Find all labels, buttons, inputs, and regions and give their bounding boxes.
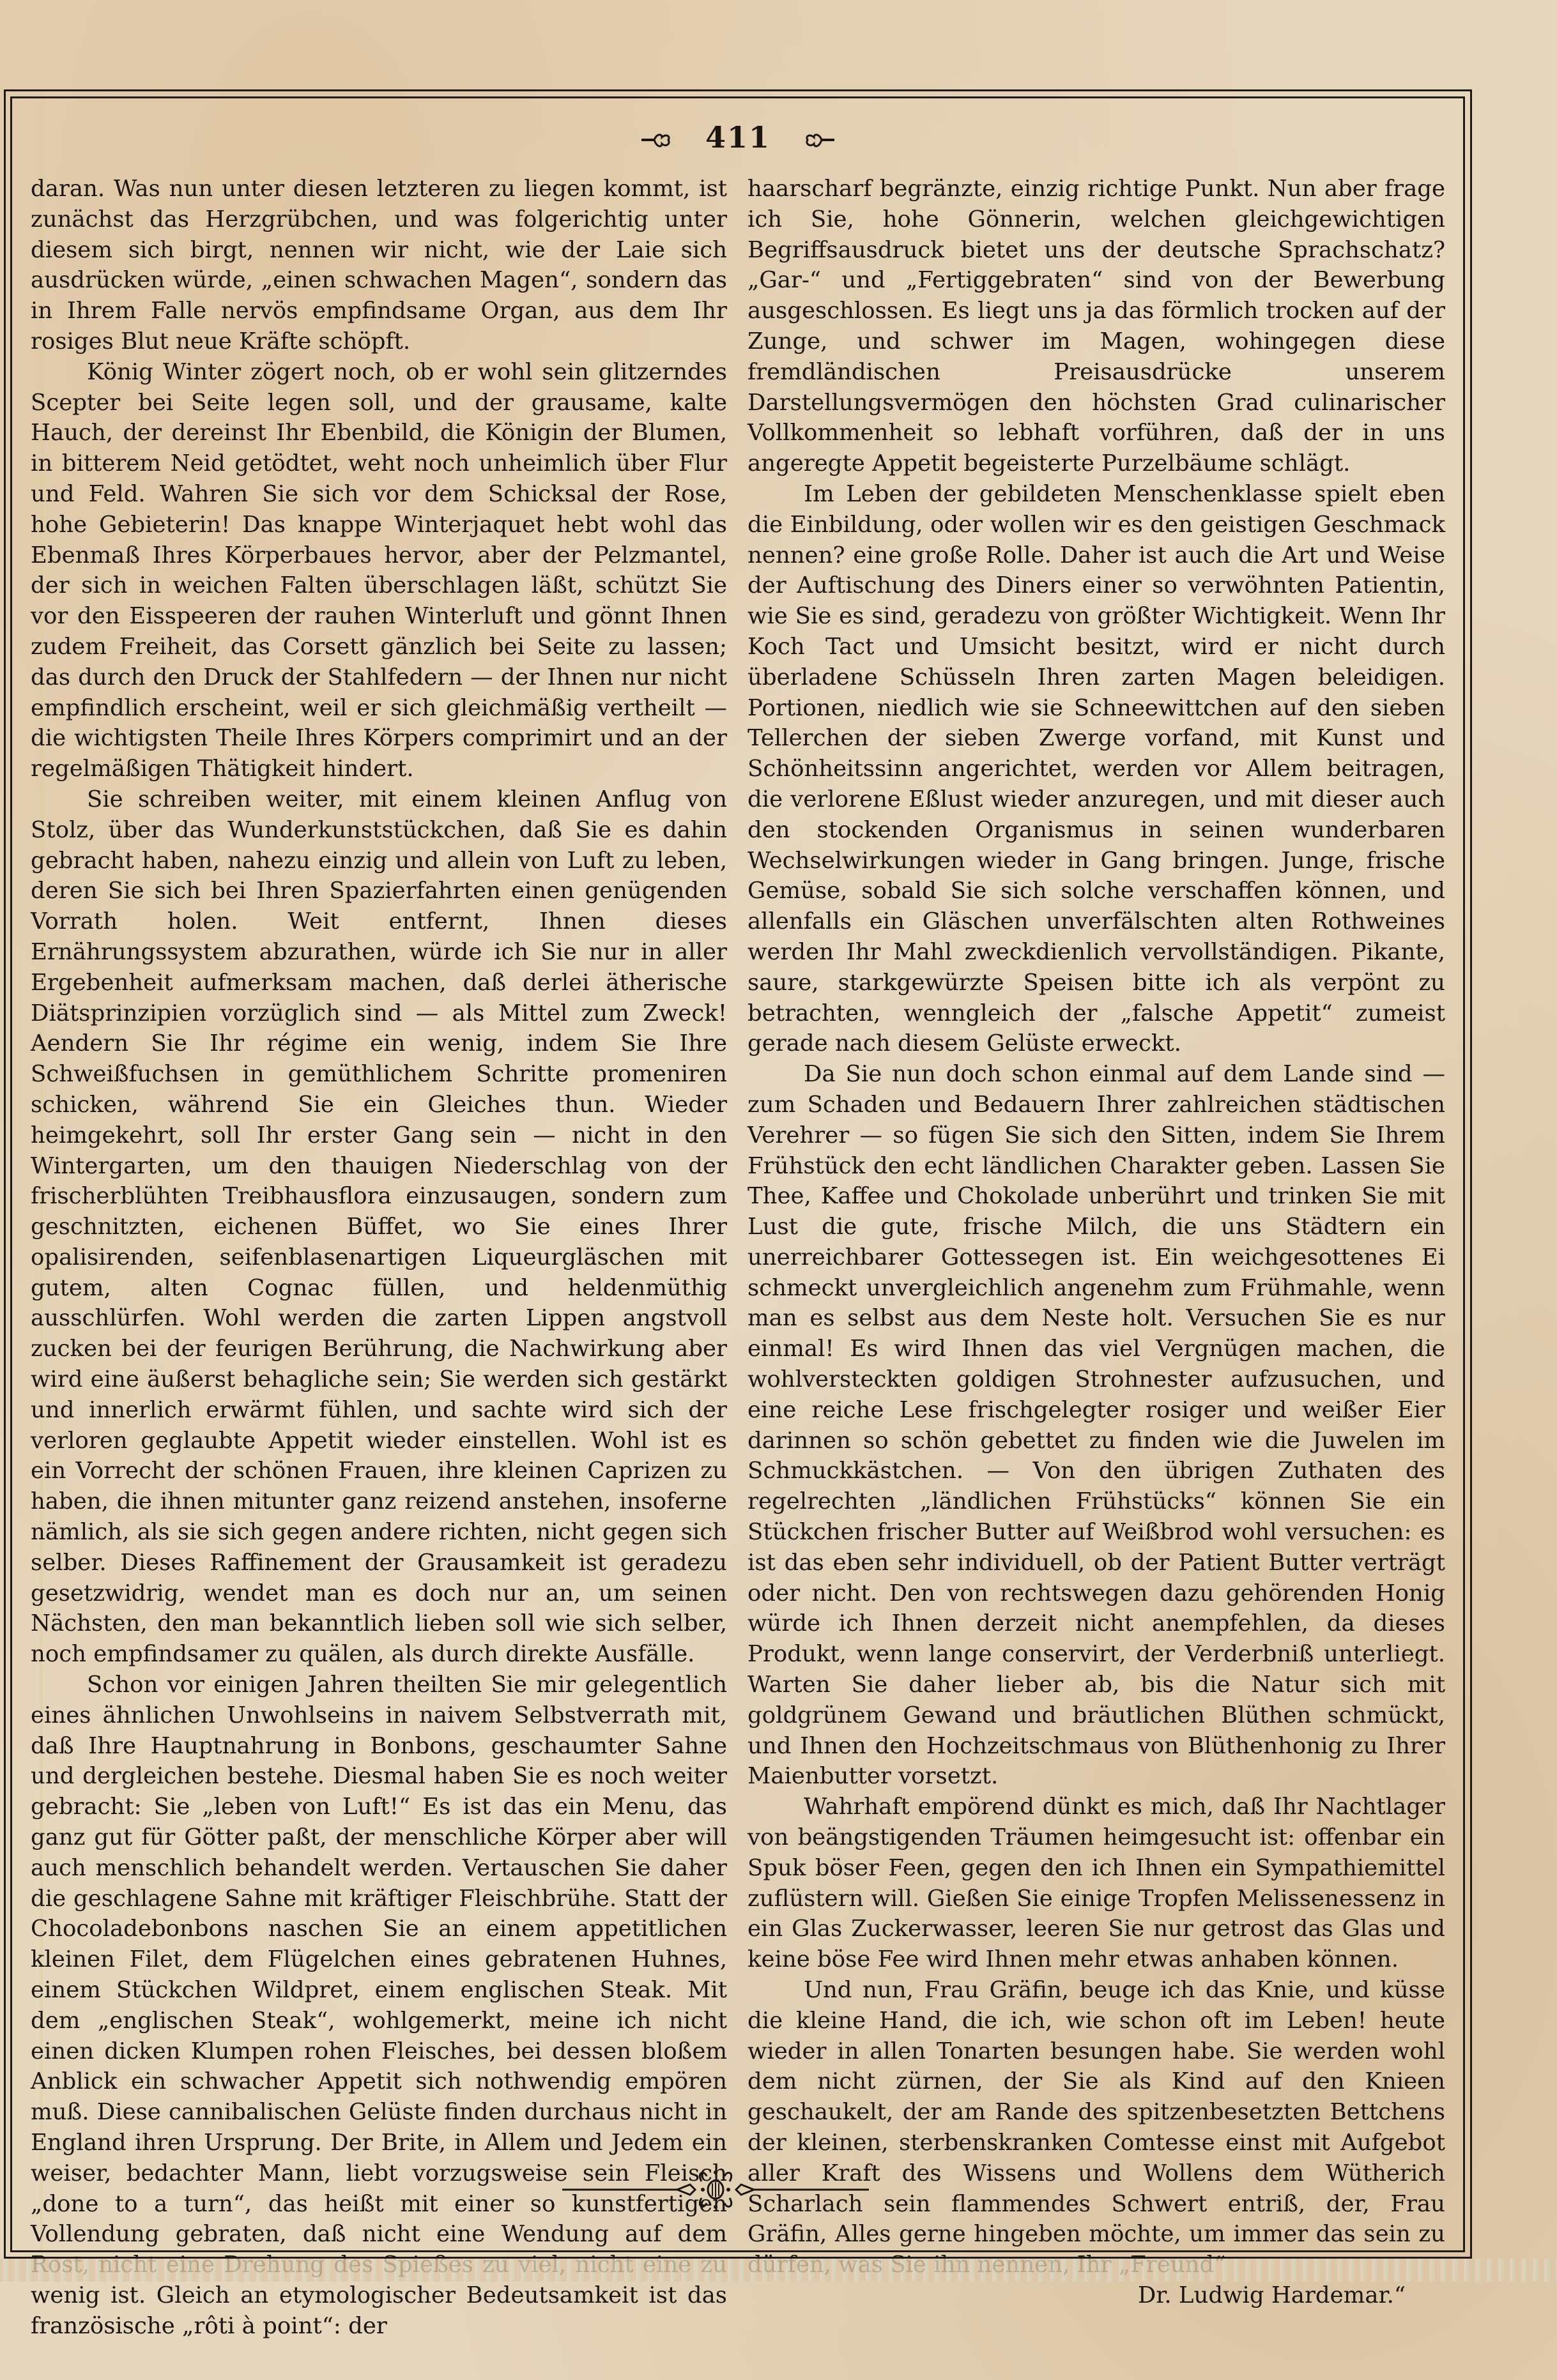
scan-artifact-strip bbox=[0, 2259, 1557, 2282]
paragraph: König Winter zögert noch, ob er wohl sei… bbox=[31, 357, 727, 784]
paragraph: Schon vor einigen Jahren theilten Sie mi… bbox=[31, 1670, 727, 2342]
fleuron-right-icon bbox=[804, 123, 836, 157]
paragraph: Da Sie nun doch schon einmal auf dem Lan… bbox=[748, 1059, 1445, 1792]
page-header: 411 bbox=[0, 120, 1476, 157]
decorative-rule-icon bbox=[562, 2167, 869, 2212]
page-number: 411 bbox=[705, 120, 771, 155]
paragraph: Im Leben der gebildeten Menschenklasse s… bbox=[748, 479, 1445, 1059]
paragraph: haarscharf begränzte, einzig richtige Pu… bbox=[748, 174, 1445, 479]
paragraph: Wahrhaft empörend dünkt es mich, daß Ihr… bbox=[748, 1792, 1445, 1975]
paragraph: Und nun, Frau Gräfin, beuge ich das Knie… bbox=[748, 1975, 1445, 2280]
text-column-left: daran. Was nun unter diesen letzteren zu… bbox=[31, 174, 727, 2342]
text-column-right: haarscharf begränzte, einzig richtige Pu… bbox=[748, 174, 1445, 2311]
paragraph: Sie schreiben weiter, mit einem kleinen … bbox=[31, 784, 727, 1670]
signature: Dr. Ludwig Hardemar.“ bbox=[748, 2280, 1445, 2311]
paragraph: daran. Was nun unter diesen letzteren zu… bbox=[31, 174, 727, 357]
fleuron-left-icon bbox=[640, 123, 672, 157]
